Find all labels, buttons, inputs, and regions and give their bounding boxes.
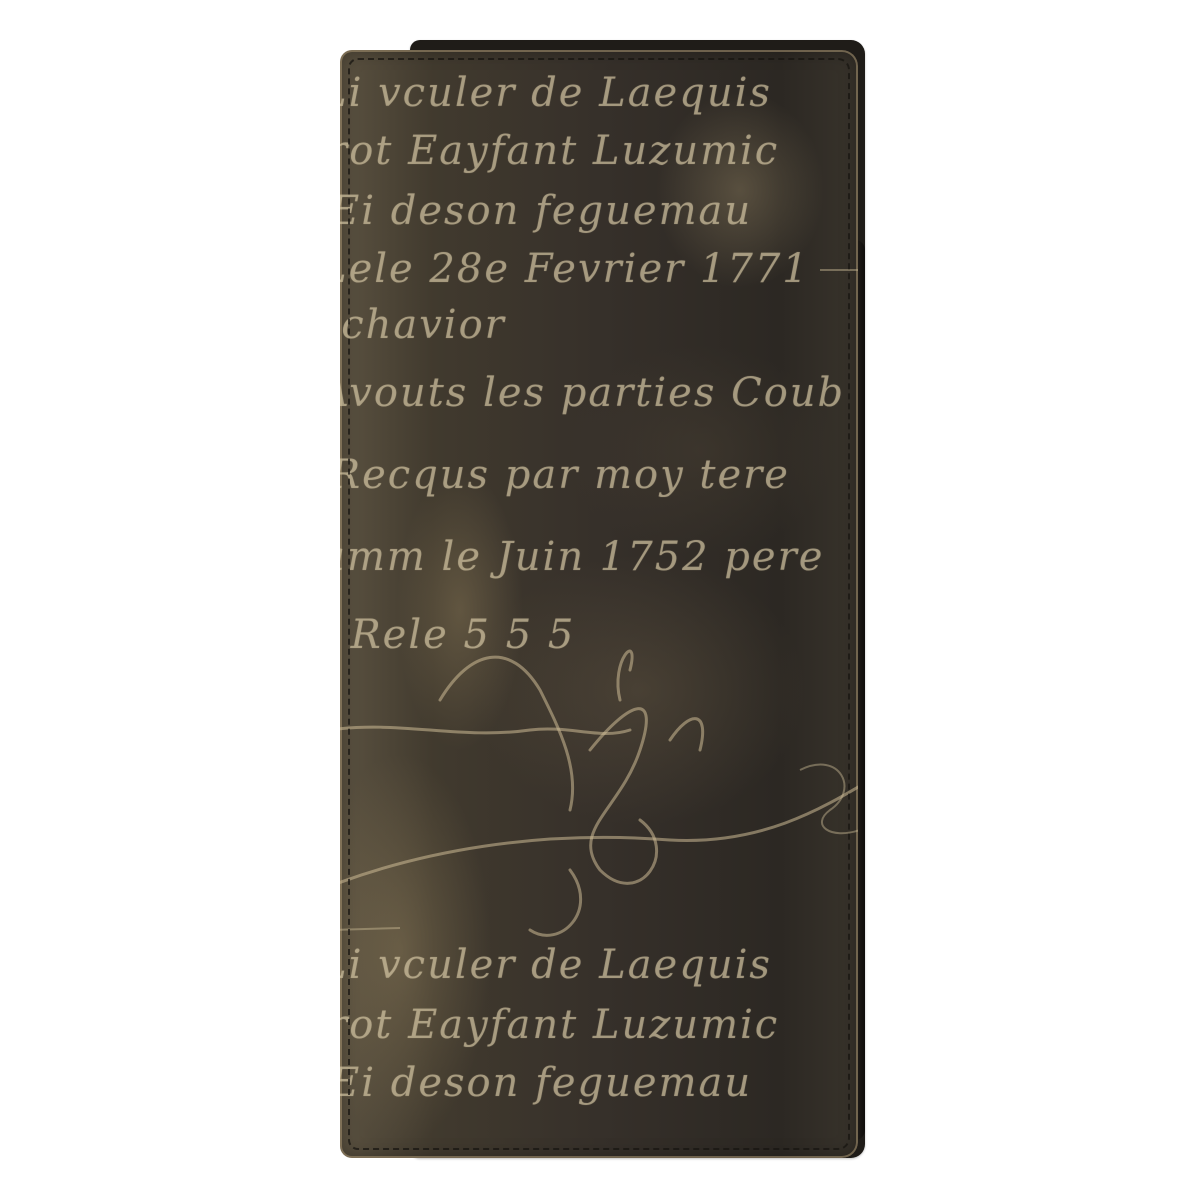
engraved-script: Li vculer de Laequis trot Eayfant Luzumi… — [340, 50, 858, 1158]
product-photo: Li vculer de Laequis trot Eayfant Luzumi… — [0, 0, 1200, 1200]
wallet-front-cover: Li vculer de Laequis trot Eayfant Luzumi… — [340, 50, 858, 1158]
signature-flourish — [340, 50, 858, 1158]
